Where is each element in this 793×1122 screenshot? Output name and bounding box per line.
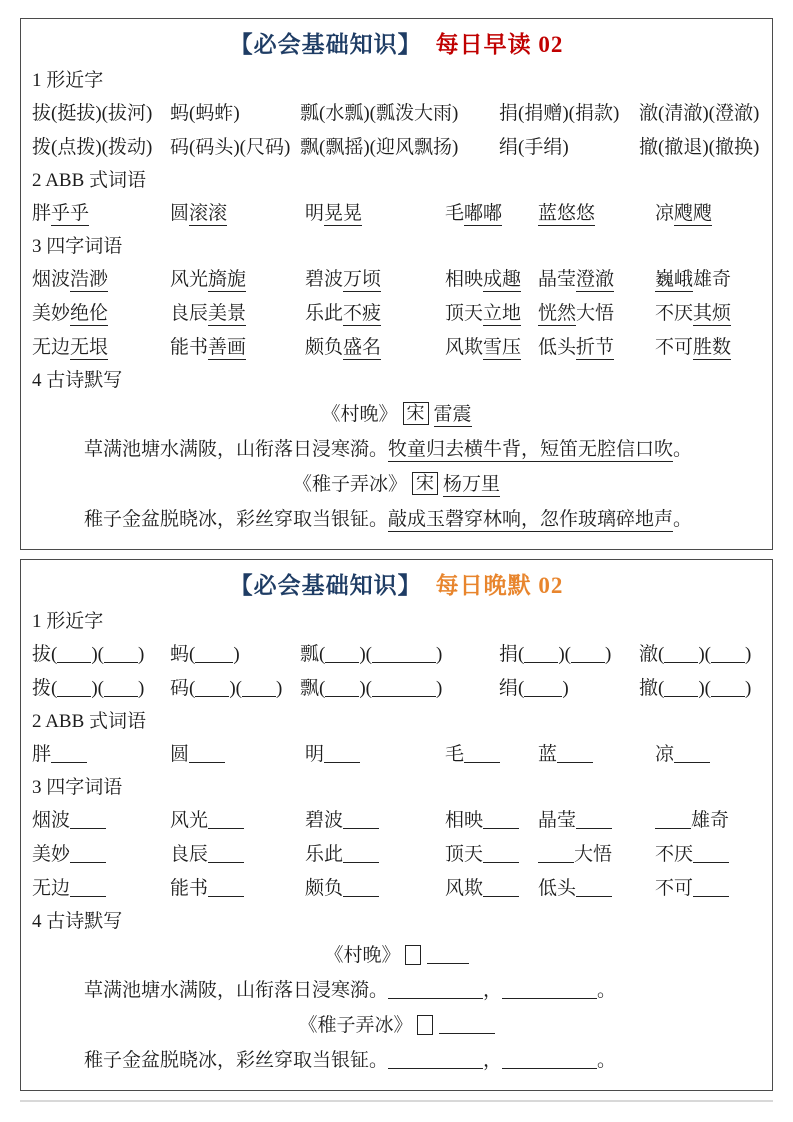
word-item: 低头折节	[538, 331, 655, 365]
text-run: 相映	[445, 810, 483, 831]
answer-blank	[51, 746, 87, 763]
answer-text: 雪压	[483, 337, 521, 360]
word-item: 碧波	[305, 804, 445, 838]
answer-text: 浩渺	[70, 269, 108, 292]
title-session: 每日早读 02	[436, 32, 564, 57]
answer-text: 短笛无腔信口吹	[540, 439, 673, 462]
word-item: 凉	[655, 738, 761, 772]
word-item: 凉飕飕	[655, 197, 761, 231]
paren-close: )	[276, 678, 282, 699]
answer-blank	[324, 746, 360, 763]
section: 4 古诗默写《村晚》宋雷震草满池塘水满陂，山衔落日浸寒漪。牧童归去横牛背，短笛无…	[32, 365, 761, 537]
word-row: 烟波风光碧波相映晶莹雄奇	[32, 804, 761, 838]
word-item: 美妙	[32, 838, 170, 872]
text-run: 不厌	[655, 303, 693, 324]
word-item: 飘()()	[300, 672, 499, 706]
word-item: 风光旖旎	[170, 263, 305, 297]
word-item: 良辰美景	[170, 297, 305, 331]
paren-close: )	[138, 644, 144, 665]
word-item: 碧波万顷	[305, 263, 445, 297]
word-item: 不厌其烦	[655, 297, 761, 331]
text-run: 绢	[499, 678, 518, 699]
text-run: 捐(捐赠)(捐款)	[499, 103, 619, 124]
word-item: 晶莹	[538, 804, 655, 838]
text-run: 美妙	[32, 844, 70, 865]
text-run: 颇负	[305, 878, 343, 899]
text-run: 《稚子弄冰》	[298, 1015, 412, 1036]
answer-blank	[57, 646, 91, 663]
text-run: 拨(点拨)(拨动)	[32, 137, 152, 158]
word-item: 不可胜数	[655, 331, 761, 365]
answer-text: 善画	[208, 337, 246, 360]
section-heading: 3 四字词语	[32, 231, 761, 263]
paren-close: )	[436, 644, 442, 665]
text-run: 不可	[655, 337, 693, 358]
answer-blank	[483, 812, 519, 829]
word-item: 拨(点拨)(拨动)	[32, 131, 170, 165]
word-item: 撤()()	[639, 672, 761, 706]
text-run: 乐此	[305, 844, 343, 865]
answer-text: 美景	[208, 303, 246, 326]
text-run: 能书	[170, 878, 208, 899]
answer-text: 不疲	[343, 303, 381, 326]
word-item: 码(码头)(尺码)	[170, 131, 300, 165]
section-heading: 1 形近字	[32, 65, 761, 97]
answer-blank	[524, 646, 558, 663]
answer-blank	[576, 812, 612, 829]
word-item: 拨()()	[32, 672, 170, 706]
answer-blank	[325, 646, 359, 663]
text-run: 能书	[170, 337, 208, 358]
paren-close: )	[745, 678, 751, 699]
answer-text: 澄澈	[576, 269, 614, 292]
answer-text: 蓝悠悠	[538, 203, 595, 226]
dynasty-box-blank	[405, 945, 421, 965]
text-run: 。	[673, 439, 692, 460]
word-item: 风欺	[445, 872, 538, 906]
text-run: 风欺	[445, 878, 483, 899]
text-run: 不厌	[655, 844, 693, 865]
poem-text-line: 稚子金盆脱晓冰，彩丝穿取当银钲。，。	[32, 1043, 761, 1078]
word-row: 胖圆明毛蓝凉	[32, 738, 761, 772]
word-row: 拔(挺拔)(拔河)蚂(蚂蚱)瓢(水瓢)(瓢泼大雨)捐(捐赠)(捐款)澈(清澈)(…	[32, 97, 761, 131]
word-item: 绢()	[499, 672, 639, 706]
text-run: 胖	[32, 203, 51, 224]
dynasty-box: 宋	[412, 472, 438, 495]
poem-text-line: 草满池塘水满陂，山衔落日浸寒漪。，。	[32, 973, 761, 1008]
answer-text: 无垠	[70, 337, 108, 360]
text-run: 晶莹	[538, 810, 576, 831]
dynasty-box: 宋	[403, 402, 429, 425]
word-item: 绢(手绢)	[499, 131, 639, 165]
answer-text: 滚滚	[189, 203, 227, 226]
word-item: 毛	[445, 738, 538, 772]
word-item: 美妙绝伦	[32, 297, 170, 331]
answer-blank	[571, 646, 605, 663]
word-item: 毛嘟嘟	[445, 197, 538, 231]
answer-text: 折节	[576, 337, 614, 360]
answer-blank	[195, 646, 233, 663]
text-run: 烟波	[32, 269, 70, 290]
text-run: 拔	[32, 644, 51, 665]
text-run: 蓝	[538, 744, 557, 765]
answer-text: 乎乎	[51, 203, 89, 226]
section: 2 ABB 式词语胖乎乎圆滚滚明晃晃毛嘟嘟蓝悠悠凉飕飕	[32, 165, 761, 231]
answer-text: 雷震	[434, 404, 472, 427]
word-item: 胖	[32, 738, 170, 772]
word-item: 相映成趣	[445, 263, 538, 297]
text-run: 飘	[300, 678, 319, 699]
text-run: 圆	[170, 744, 189, 765]
answer-text: 立地	[483, 303, 521, 326]
answer-text: 旖旎	[208, 269, 246, 292]
word-item: 颇负盛名	[305, 331, 445, 365]
word-item: 乐此不疲	[305, 297, 445, 331]
text-run: 大悟	[574, 844, 612, 865]
section-heading: 1 形近字	[32, 606, 761, 638]
answer-blank	[388, 1052, 483, 1069]
word-item: 低头	[538, 872, 655, 906]
panel-title: 【必会基础知识】每日早读 02	[32, 27, 761, 63]
answer-blank	[464, 746, 500, 763]
text-run: 乐此	[305, 303, 343, 324]
answer-blank	[502, 982, 597, 999]
poem-title-line: 《稚子弄冰》宋杨万里	[32, 467, 761, 502]
word-item: 良辰	[170, 838, 305, 872]
text-run: 良辰	[170, 303, 208, 324]
answer-blank	[70, 846, 106, 863]
answer-text: 胜数	[693, 337, 731, 360]
word-item: 码()()	[170, 672, 300, 706]
word-item: 风光	[170, 804, 305, 838]
word-row: 美妙良辰乐此顶天大悟不厌	[32, 838, 761, 872]
answer-blank	[576, 880, 612, 897]
text-run: 撤(撤退)(撤换)	[639, 137, 759, 158]
text-run: 低头	[538, 337, 576, 358]
panel-title: 【必会基础知识】每日晚默 02	[32, 568, 761, 604]
word-item: 圆	[170, 738, 305, 772]
poem-text-line: 草满池塘水满陂，山衔落日浸寒漪。牧童归去横牛背，短笛无腔信口吹。	[32, 432, 761, 467]
text-run: ，	[483, 1050, 502, 1071]
word-item: 颇负	[305, 872, 445, 906]
text-run: 烟波	[32, 810, 70, 831]
answer-blank	[655, 812, 691, 829]
word-row: 无边无垠能书善画颇负盛名风欺雪压低头折节不可胜数	[32, 331, 761, 365]
answer-blank	[372, 680, 436, 697]
answer-text: 敲成玉磬穿林响，	[388, 509, 540, 532]
text-run: ，	[483, 980, 502, 1001]
answer-blank	[711, 680, 745, 697]
text-run: 凉	[655, 744, 674, 765]
answer-blank	[242, 680, 276, 697]
word-item: 圆滚滚	[170, 197, 305, 231]
text-run: 美妙	[32, 303, 70, 324]
answer-text: 晃晃	[324, 203, 362, 226]
answer-text: 绝伦	[70, 303, 108, 326]
word-item: 瓢(水瓢)(瓢泼大雨)	[300, 97, 499, 131]
poem-text-line: 稚子金盆脱晓冰，彩丝穿取当银钲。敲成玉磬穿林响，忽作玻璃碎地声。	[32, 502, 761, 537]
text-run: 稚子金盆脱晓冰，彩丝穿取当银钲。	[84, 509, 388, 530]
answer-text: 巍峨	[655, 269, 693, 292]
panel-evening-dictation: 【必会基础知识】每日晚默 02 1 形近字拔()()蚂()瓢()()捐()()澈…	[20, 559, 773, 1091]
word-item: 不厌	[655, 838, 761, 872]
section-heading: 2 ABB 式词语	[32, 165, 761, 197]
text-run: 不可	[655, 878, 693, 899]
text-run: 顶天	[445, 844, 483, 865]
section: 1 形近字拔()()蚂()瓢()()捐()()澈()()拨()()码()()飘(…	[32, 606, 761, 706]
next-page-edge	[20, 1100, 773, 1108]
word-row: 烟波浩渺风光旖旎碧波万顷相映成趣晶莹澄澈巍峨雄奇	[32, 263, 761, 297]
answer-blank	[502, 1052, 597, 1069]
answer-text: 成趣	[483, 269, 521, 292]
section-heading: 2 ABB 式词语	[32, 706, 761, 738]
poem-title-line: 《村晚》宋雷震	[32, 397, 761, 432]
poem-title-line: 《稚子弄冰》	[32, 1008, 761, 1043]
text-run: 颇负	[305, 337, 343, 358]
answer-blank	[343, 880, 379, 897]
word-item: 捐(捐赠)(捐款)	[499, 97, 639, 131]
panel-morning-reading: 【必会基础知识】每日早读 02 1 形近字拔(挺拔)(拔河)蚂(蚂蚱)瓢(水瓢)…	[20, 18, 773, 550]
word-row: 美妙绝伦良辰美景乐此不疲顶天立地恍然大悟不厌其烦	[32, 297, 761, 331]
text-run: 撤	[639, 678, 658, 699]
answer-text: 万顷	[343, 269, 381, 292]
word-item: 无边无垠	[32, 331, 170, 365]
section: 3 四字词语烟波浩渺风光旖旎碧波万顷相映成趣晶莹澄澈巍峨雄奇美妙绝伦良辰美景乐此…	[32, 231, 761, 365]
answer-text: 杨万里	[443, 474, 500, 497]
answer-blank	[693, 880, 729, 897]
answer-text: 恍然	[538, 303, 576, 326]
word-item: 烟波	[32, 804, 170, 838]
answer-blank	[693, 846, 729, 863]
title-bracket: 【必会基础知识】	[230, 32, 422, 57]
paren-close: )	[436, 678, 442, 699]
word-item: 不可	[655, 872, 761, 906]
text-run: 雄奇	[693, 269, 731, 290]
text-run: 无边	[32, 337, 70, 358]
text-run: 码(码头)(尺码)	[170, 137, 290, 158]
text-run: 风欺	[445, 337, 483, 358]
text-run: 稚子金盆脱晓冰，彩丝穿取当银钲。	[84, 1050, 388, 1071]
text-run: 低头	[538, 878, 576, 899]
word-row: 拨(点拨)(拨动)码(码头)(尺码)飘(飘摇)(迎风飘扬)绢(手绢)撤(撤退)(…	[32, 131, 761, 165]
text-run: 风光	[170, 810, 208, 831]
answer-blank	[557, 746, 593, 763]
panel-sections: 1 形近字拔()()蚂()瓢()()捐()()澈()()拨()()码()()飘(…	[32, 606, 761, 1078]
paren-close: )	[138, 678, 144, 699]
text-run: 码	[170, 678, 189, 699]
word-item: 拔()()	[32, 638, 170, 672]
text-run: 无边	[32, 878, 70, 899]
answer-blank	[524, 680, 562, 697]
section: 4 古诗默写《村晚》草满池塘水满陂，山衔落日浸寒漪。，。《稚子弄冰》稚子金盆脱晓…	[32, 906, 761, 1078]
title-bracket: 【必会基础知识】	[230, 573, 422, 598]
word-item: 瓢()()	[300, 638, 499, 672]
answer-blank	[538, 846, 574, 863]
word-item: 烟波浩渺	[32, 263, 170, 297]
text-run: 雄奇	[691, 810, 729, 831]
word-item: 大悟	[538, 838, 655, 872]
text-run: 绢(手绢)	[499, 137, 569, 158]
text-run: 草满池塘水满陂，山衔落日浸寒漪。	[84, 980, 388, 1001]
section-heading: 3 四字词语	[32, 772, 761, 804]
word-item: 无边	[32, 872, 170, 906]
word-item: 撤(撤退)(撤换)	[639, 131, 761, 165]
text-run: 。	[673, 509, 692, 530]
word-item: 乐此	[305, 838, 445, 872]
answer-blank	[664, 646, 698, 663]
section-heading: 4 古诗默写	[32, 906, 761, 938]
word-item: 捐()()	[499, 638, 639, 672]
title-session: 每日晚默 02	[436, 573, 564, 598]
text-run: 蚂	[170, 644, 189, 665]
text-run: 捐	[499, 644, 518, 665]
word-item: 蚂()	[170, 638, 300, 672]
answer-blank	[208, 846, 244, 863]
text-run: 蚂(蚂蚱)	[170, 103, 240, 124]
answer-blank	[70, 812, 106, 829]
text-run: 毛	[445, 744, 464, 765]
answer-blank	[189, 746, 225, 763]
word-item: 晶莹澄澈	[538, 263, 655, 297]
answer-text: 嘟嘟	[464, 203, 502, 226]
word-item: 胖乎乎	[32, 197, 170, 231]
word-row: 拔()()蚂()瓢()()捐()()澈()()	[32, 638, 761, 672]
word-row: 胖乎乎圆滚滚明晃晃毛嘟嘟蓝悠悠凉飕飕	[32, 197, 761, 231]
answer-text: 盛名	[343, 337, 381, 360]
text-run: 顶天	[445, 303, 483, 324]
text-run: 。	[597, 1050, 616, 1071]
word-row: 无边能书颇负风欺低头不可	[32, 872, 761, 906]
word-row: 拨()()码()()飘()()绢()撤()()	[32, 672, 761, 706]
word-item: 拔(挺拔)(拔河)	[32, 97, 170, 131]
answer-blank	[674, 746, 710, 763]
answer-blank	[483, 846, 519, 863]
text-run: 圆	[170, 203, 189, 224]
answer-blank	[427, 947, 469, 964]
answer-blank	[70, 880, 106, 897]
answer-blank	[483, 880, 519, 897]
word-item: 能书善画	[170, 331, 305, 365]
answer-blank	[343, 846, 379, 863]
word-item: 相映	[445, 804, 538, 838]
word-item: 巍峨雄奇	[655, 263, 761, 297]
text-run: 草满池塘水满陂，山衔落日浸寒漪。	[84, 439, 388, 460]
word-item: 澈()()	[639, 638, 761, 672]
word-item: 明	[305, 738, 445, 772]
answer-blank	[664, 680, 698, 697]
text-run: 良辰	[170, 844, 208, 865]
answer-text: 忽作玻璃碎地声	[540, 509, 673, 532]
text-run: 碧波	[305, 810, 343, 831]
word-item: 蚂(蚂蚱)	[170, 97, 300, 131]
text-run: 澈(清澈)(澄澈)	[639, 103, 759, 124]
word-item: 能书	[170, 872, 305, 906]
answer-blank	[439, 1017, 495, 1034]
word-item: 蓝	[538, 738, 655, 772]
paren-close: )	[745, 644, 751, 665]
text-run: 瓢	[300, 644, 319, 665]
answer-blank	[711, 646, 745, 663]
text-run: 。	[597, 980, 616, 1001]
panel-sections: 1 形近字拔(挺拔)(拔河)蚂(蚂蚱)瓢(水瓢)(瓢泼大雨)捐(捐赠)(捐款)澈…	[32, 65, 761, 537]
text-run: 大悟	[576, 303, 614, 324]
answer-blank	[195, 680, 229, 697]
word-item: 澈(清澈)(澄澈)	[639, 97, 761, 131]
paren-close: )	[562, 678, 568, 699]
section: 1 形近字拔(挺拔)(拔河)蚂(蚂蚱)瓢(水瓢)(瓢泼大雨)捐(捐赠)(捐款)澈…	[32, 65, 761, 165]
text-run: 澈	[639, 644, 658, 665]
text-run: 《稚子弄冰》	[293, 474, 407, 495]
text-run: 瓢(水瓢)(瓢泼大雨)	[300, 103, 458, 124]
text-run: 拨	[32, 678, 51, 699]
text-run: 明	[305, 744, 324, 765]
word-item: 顶天立地	[445, 297, 538, 331]
text-run: 胖	[32, 744, 51, 765]
answer-blank	[343, 812, 379, 829]
word-item: 顶天	[445, 838, 538, 872]
text-run: 明	[305, 203, 324, 224]
text-run: 《村晚》	[321, 404, 397, 425]
paren-close: )	[605, 644, 611, 665]
answer-text: 飕飕	[674, 203, 712, 226]
dynasty-box-blank	[417, 1015, 433, 1035]
answer-blank	[104, 646, 138, 663]
text-run: 晶莹	[538, 269, 576, 290]
answer-blank	[208, 812, 244, 829]
answer-blank	[57, 680, 91, 697]
word-item: 恍然大悟	[538, 297, 655, 331]
text-run: 飘(飘摇)(迎风飘扬)	[300, 137, 458, 158]
answer-text: 其烦	[693, 303, 731, 326]
section: 2 ABB 式词语胖圆明毛蓝凉	[32, 706, 761, 772]
poem-title-line: 《村晚》	[32, 938, 761, 973]
answer-text: 牧童归去横牛背，	[388, 439, 540, 462]
answer-blank	[388, 982, 483, 999]
section: 3 四字词语烟波风光碧波相映晶莹雄奇美妙良辰乐此顶天大悟不厌无边能书颇负风欺低头…	[32, 772, 761, 906]
word-item: 明晃晃	[305, 197, 445, 231]
worksheet-page: 【必会基础知识】每日早读 02 1 形近字拔(挺拔)(拔河)蚂(蚂蚱)瓢(水瓢)…	[0, 0, 793, 1108]
word-item: 风欺雪压	[445, 331, 538, 365]
answer-blank	[372, 646, 436, 663]
text-run: 《村晚》	[324, 945, 400, 966]
section-heading: 4 古诗默写	[32, 365, 761, 397]
text-run: 拔(挺拔)(拔河)	[32, 103, 152, 124]
word-item: 飘(飘摇)(迎风飘扬)	[300, 131, 499, 165]
text-run: 相映	[445, 269, 483, 290]
text-run: 风光	[170, 269, 208, 290]
answer-blank	[208, 880, 244, 897]
word-item: 蓝悠悠	[538, 197, 655, 231]
answer-blank	[104, 680, 138, 697]
word-item: 雄奇	[655, 804, 761, 838]
answer-blank	[325, 680, 359, 697]
text-run: 凉	[655, 203, 674, 224]
paren-close: )	[233, 644, 239, 665]
text-run: 碧波	[305, 269, 343, 290]
text-run: 毛	[445, 203, 464, 224]
